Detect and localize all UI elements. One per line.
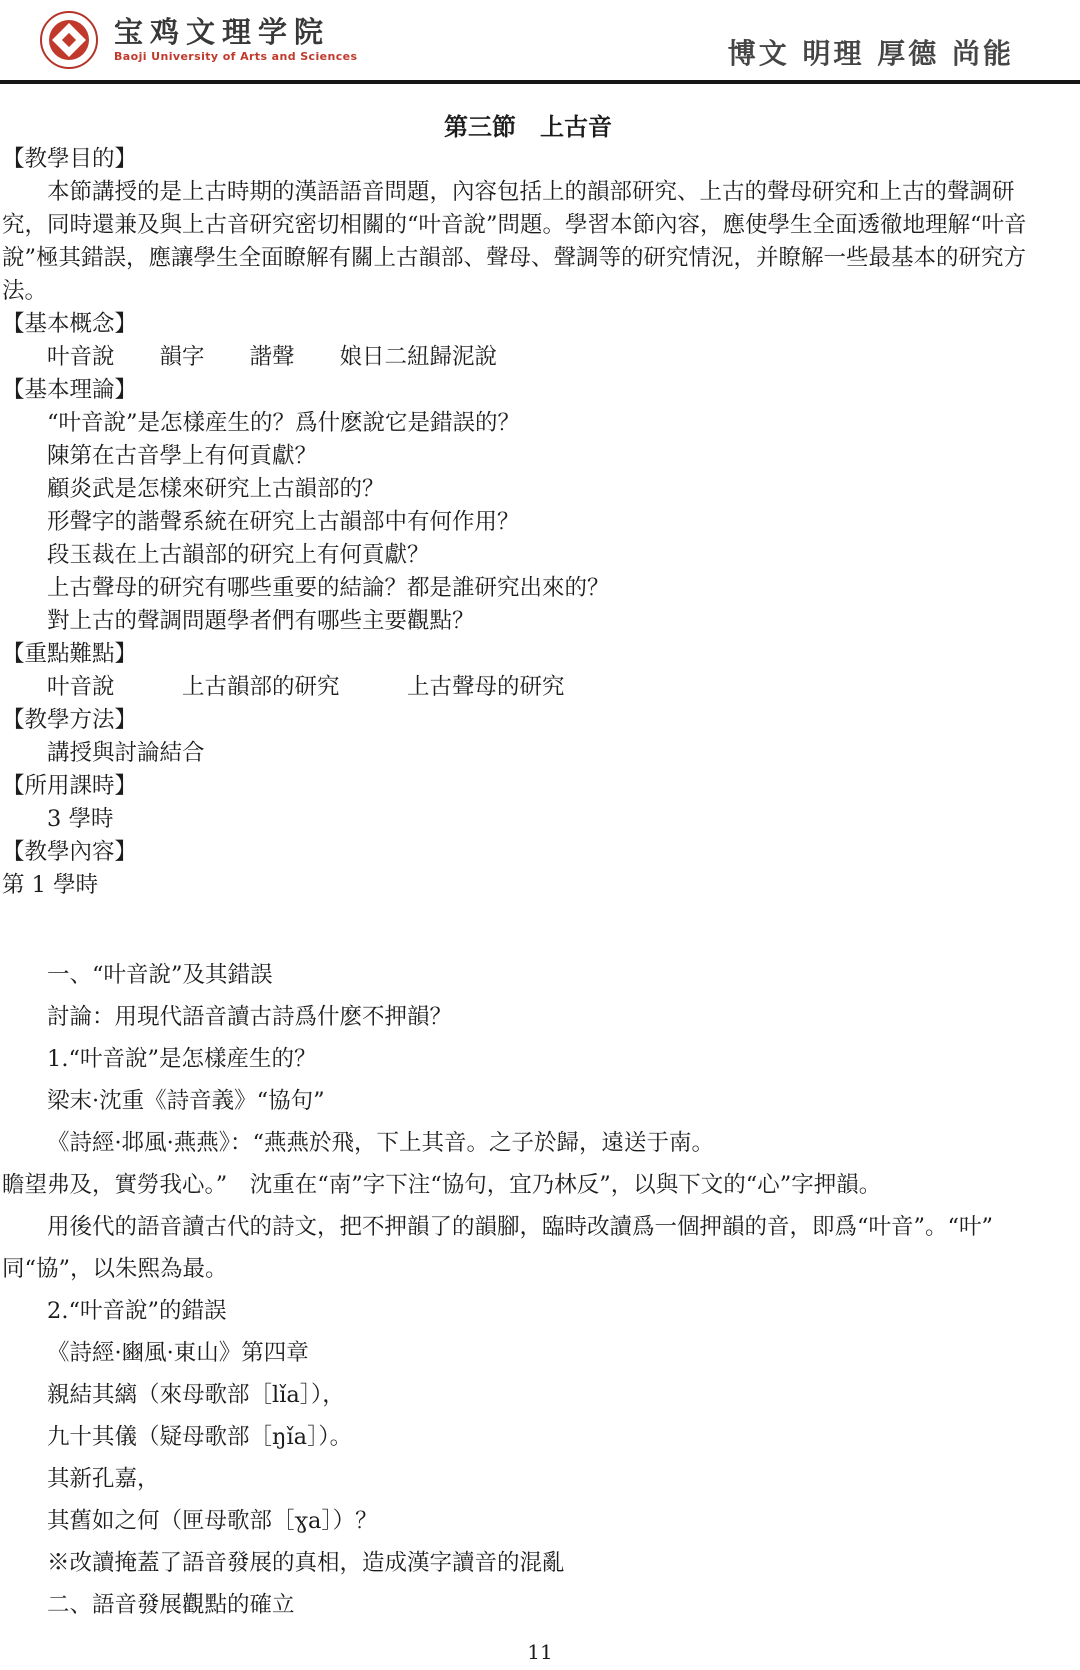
verse-line-2: 九十其儀（疑母歌部［ŋǐa］）。 [2, 1416, 1054, 1458]
theory-question-5: 段玉裁在上古韻部的研究上有何貢獻？ [2, 539, 1054, 572]
document-body: 第三節 上古音 【教學目的】 本節講授的是上古時期的漢語語音問題，內容包括上的韻… [0, 110, 1080, 1626]
page-number: 11 [0, 1640, 1080, 1664]
section-title: 第三節 上古音 [2, 110, 1054, 143]
content-hour-1-label: 第 1 學時 [2, 869, 1054, 902]
verse-line-1: 親結其縭（來母歌部［lǐa］）， [2, 1374, 1054, 1416]
note-reading-change: ※改讀掩蓋了語音發展的真相，造成漢字讀音的混亂 [2, 1542, 1054, 1584]
topic-1-heading: 一、“叶音說”及其錯誤 [2, 954, 1054, 996]
discussion-question: 討論：用現代語音讀古詩爲什麽不押韻？ [2, 996, 1054, 1038]
university-name-zh: 宝鸡文理学院 [114, 17, 357, 47]
theory-question-2: 陳第在古音學上有何貢獻？ [2, 440, 1054, 473]
theory-question-4: 形聲字的諧聲系統在研究上古韻部中有何作用？ [2, 506, 1054, 539]
theory-question-1: “叶音說”是怎樣産生的？爲什麽說它是錯誤的？ [2, 407, 1054, 440]
objectives-paragraph: 本節講授的是上古時期的漢語語音問題，內容包括上的韻部研究、上古的聲母研究和上古的… [2, 176, 1054, 308]
subtopic-1-2-heading: 2.“叶音說”的錯誤 [2, 1290, 1054, 1332]
university-seal-icon [40, 11, 98, 69]
section-heading-methods: 【教學方法】 [2, 704, 1054, 737]
verse-line-3: 其新孔嘉， [2, 1458, 1054, 1500]
yeyin-definition-continued: 同“協”，以朱熙為最。 [2, 1248, 1054, 1290]
theory-question-6: 上古聲母的研究有哪些重要的結論？都是誰研究出來的？ [2, 572, 1054, 605]
section-heading-concepts: 【基本概念】 [2, 308, 1054, 341]
key-points-list: 叶音說 上古韻部的研究 上古聲母的研究 [2, 671, 1054, 704]
verse-line-4: 其舊如之何（匣母歌部［ɣa］）？ [2, 1500, 1054, 1542]
document-page: 宝鸡文理学院 Baoji University of Arts and Scie… [0, 0, 1080, 1670]
theory-question-7: 對上古的聲調問題學者們有哪些主要觀點？ [2, 605, 1054, 638]
yeyin-definition: 用後代的語音讀古代的詩文，把不押韻了的韻腳，臨時改讀爲一個押韻的音，即爲“叶音”… [2, 1206, 1054, 1248]
university-motto: 博文 明理 厚德 尚能 [728, 32, 1014, 72]
section-heading-class-hours: 【所用課時】 [2, 770, 1054, 803]
university-name-block: 宝鸡文理学院 Baoji University of Arts and Scie… [114, 17, 357, 63]
concepts-list: 叶音說 韻字 諧聲 娘日二紐歸泥說 [2, 341, 1054, 374]
class-hours-text: 3 學時 [2, 803, 1054, 836]
methods-text: 講授與討論結合 [2, 737, 1054, 770]
section-heading-objectives: 【教學目的】 [2, 143, 1054, 176]
theory-question-3: 顧炎武是怎樣來研究上古韻部的？ [2, 473, 1054, 506]
university-seal-core [49, 20, 89, 60]
section-heading-theories: 【基本理論】 [2, 374, 1054, 407]
topic-2-heading: 二、語音發展觀點的確立 [2, 1584, 1054, 1626]
shijing-dongshan-citation: 《詩經·豳風·東山》第四章 [2, 1332, 1054, 1374]
section-heading-content: 【教學內容】 [2, 836, 1054, 869]
shijing-yanyan-quote-continued: 瞻望弗及，實勞我心。” 沈重在“南”字下注“協句，宜乃林反”，以與下文的“心”字… [2, 1164, 1054, 1206]
subtopic-1-1-heading: 1.“叶音說”是怎樣産生的？ [2, 1038, 1054, 1080]
university-name-en: Baoji University of Arts and Sciences [114, 50, 357, 63]
section-heading-key-points: 【重點難點】 [2, 638, 1054, 671]
citation-shen-zhong: 梁末·沈重《詩音義》“協句” [2, 1080, 1054, 1122]
letterhead: 宝鸡文理学院 Baoji University of Arts and Scie… [0, 0, 1080, 84]
shijing-yanyan-quote: 《詩經·邶風·燕燕》：“燕燕於飛，下上其音。之子於歸，遠送于南。 [2, 1122, 1054, 1164]
